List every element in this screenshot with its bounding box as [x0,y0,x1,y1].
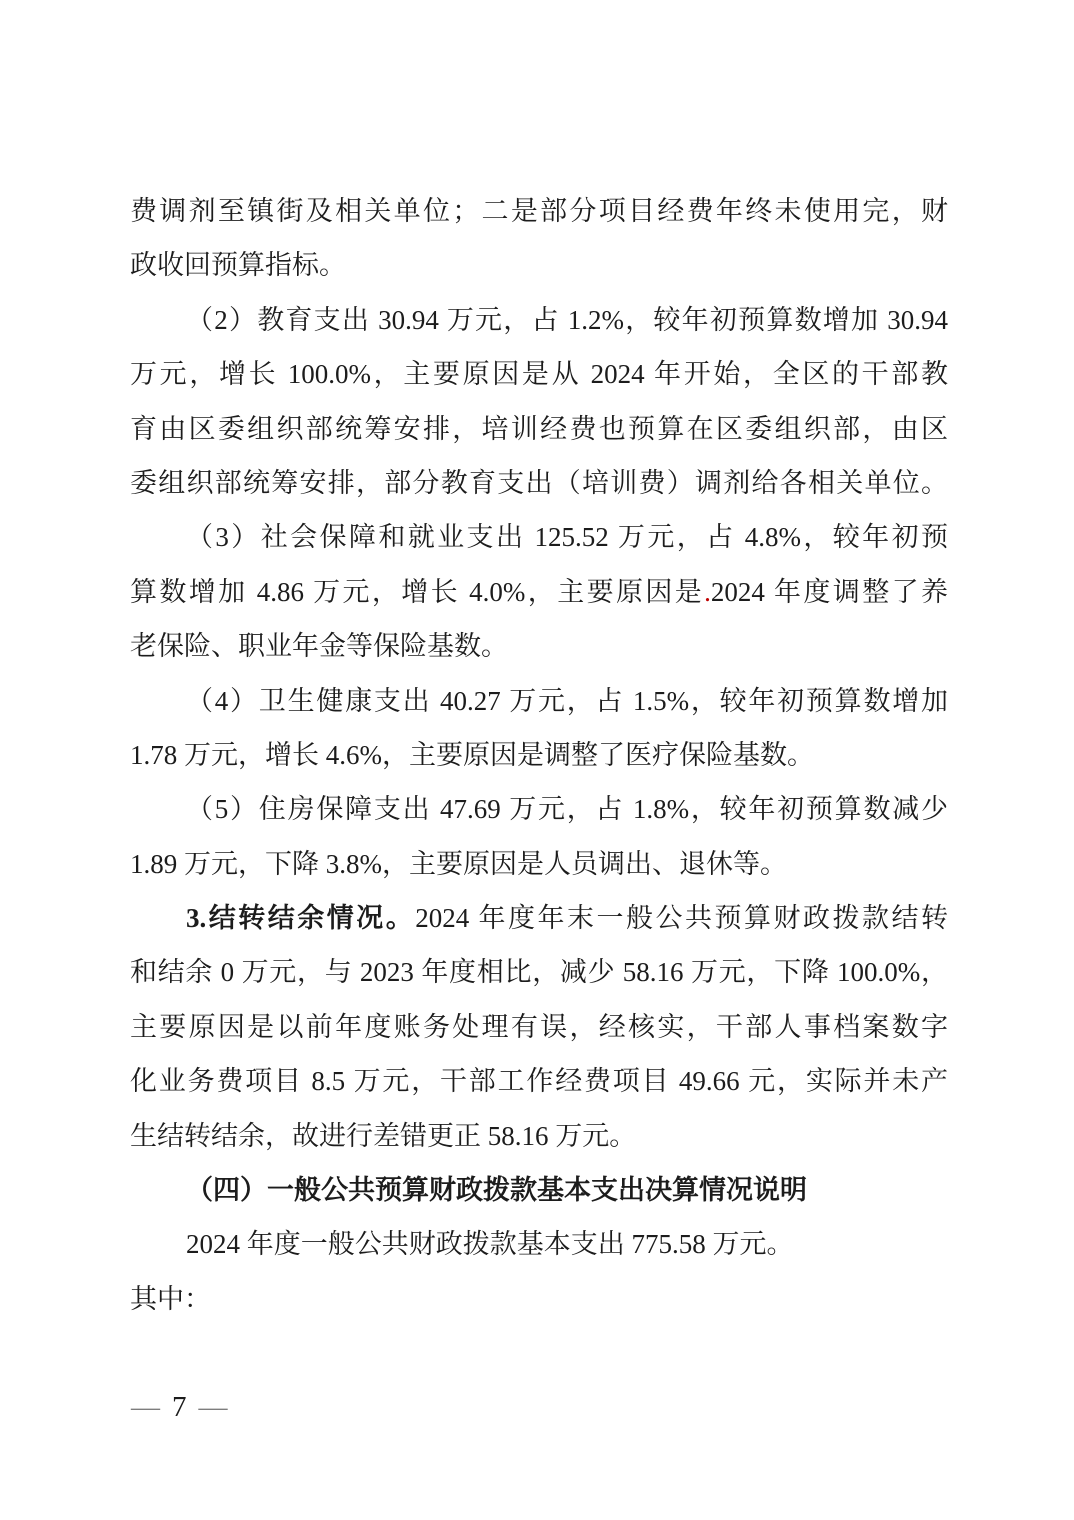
text-segment: 1.89 万元，下降 3.8%，主要原因是人员调出、退休等。 [130,849,787,879]
text-line: 生结转结余，故进行差错更正 58.16 万元。 [130,1109,948,1163]
page-number: 7 [160,1391,199,1423]
text-line: 育由区委组织部统筹安排，培训经费也预算在区委组织部，由区 [130,402,948,456]
text-line: 政收回预算指标。 [130,238,948,292]
text-segment: 2024 年度年末一般公共预算财政拨款结转 [415,903,948,933]
text-line: （3）社会保障和就业支出 125.52 万元，占 4.8%，较年初预 [130,510,948,564]
text-line: 1.89 万元，下降 3.8%，主要原因是人员调出、退休等。 [130,837,948,891]
text-segment: 2024 年度一般公共财政拨款基本支出 775.58 万元。 [186,1229,794,1259]
text-line: 1.78 万元，增长 4.6%，主要原因是调整了医疗保险基数。 [130,728,948,782]
text-segment: 万元，增长 100.0%，主要原因是从 2024 年开始，全区的干部教 [130,359,948,389]
text-segment: （四）一般公共预算财政拨款基本支出决算情况说明 [186,1175,807,1205]
text-segment: 1.78 万元，增长 4.6%，主要原因是调整了医疗保险基数。 [130,740,814,770]
text-segment: 化业务费项目 8.5 万元，干部工作经费项目 49.66 元，实际并未产 [130,1066,948,1096]
stray-red-period: . [704,577,711,607]
text-line: （4）卫生健康支出 40.27 万元，占 1.5%，较年初预算数增加 [130,674,948,728]
text-segment: 2024 年度调整了养 [711,577,948,607]
page-number-dash-right: — [199,1391,228,1423]
text-segment: （4）卫生健康支出 40.27 万元，占 1.5%，较年初预算数增加 [186,686,948,716]
text-segment: 生结转结余，故进行差错更正 58.16 万元。 [130,1121,636,1151]
text-line: （2）教育支出 30.94 万元，占 1.2%，较年初预算数增加 30.94 [130,293,948,347]
text-segment: 算数增加 4.86 万元，增长 4.0%，主要原因是 [130,577,704,607]
text-segment: 3.结转结余情况。 [186,903,415,933]
text-line: 其中： [130,1272,948,1326]
page-footer: —7— [131,1390,228,1424]
text-segment: 费调剂至镇街及相关单位；二是部分项目经费年终未使用完，财 [130,196,948,226]
text-segment: （5）住房保障支出 47.69 万元，占 1.8%，较年初预算数减少 [186,794,948,824]
text-segment: 委组织部统筹安排，部分教育支出（培训费）调剂给各相关单位。 [130,468,948,498]
text-line: 万元，增长 100.0%，主要原因是从 2024 年开始，全区的干部教 [130,347,948,401]
text-segment: 其中： [130,1284,211,1314]
text-segment: 老保险、职业年金等保险基数。 [130,631,508,661]
text-segment: （2）教育支出 30.94 万元，占 1.2%，较年初预算数增加 30.94 [186,305,948,335]
text-line: 老保险、职业年金等保险基数。 [130,619,948,673]
text-segment: （3）社会保障和就业支出 125.52 万元，占 4.8%，较年初预 [186,522,948,552]
section-heading: （四）一般公共预算财政拨款基本支出决算情况说明 [130,1163,948,1217]
text-line: 3.结转结余情况。2024 年度年末一般公共预算财政拨款结转 [130,891,948,945]
text-line: （5）住房保障支出 47.69 万元，占 1.8%，较年初预算数减少 [130,782,948,836]
text-line: 算数增加 4.86 万元，增长 4.0%，主要原因是.2024 年度调整了养 [130,565,948,619]
text-line: 主要原因是以前年度账务处理有误，经核实，干部人事档案数字 [130,1000,948,1054]
text-segment: 主要原因是以前年度账务处理有误，经核实，干部人事档案数字 [130,1012,948,1042]
text-line: 化业务费项目 8.5 万元，干部工作经费项目 49.66 元，实际并未产 [130,1054,948,1108]
text-line: 费调剂至镇街及相关单位；二是部分项目经费年终未使用完，财 [130,184,948,238]
text-line: 委组织部统筹安排，部分教育支出（培训费）调剂给各相关单位。 [130,456,948,510]
text-line: 和结余 0 万元，与 2023 年度相比，减少 58.16 万元，下降 100.… [130,945,948,999]
text-segment: 育由区委组织部统筹安排，培训经费也预算在区委组织部，由区 [130,414,948,444]
text-line: 2024 年度一般公共财政拨款基本支出 775.58 万元。 [130,1217,948,1271]
text-segment: 政收回预算指标。 [130,250,346,280]
text-segment: 和结余 0 万元，与 2023 年度相比，减少 58.16 万元，下降 100.… [130,957,948,987]
document-text-block: 费调剂至镇街及相关单位；二是部分项目经费年终未使用完，财政收回预算指标。（2）教… [130,184,948,1326]
page-number-dash-left: — [131,1391,160,1423]
